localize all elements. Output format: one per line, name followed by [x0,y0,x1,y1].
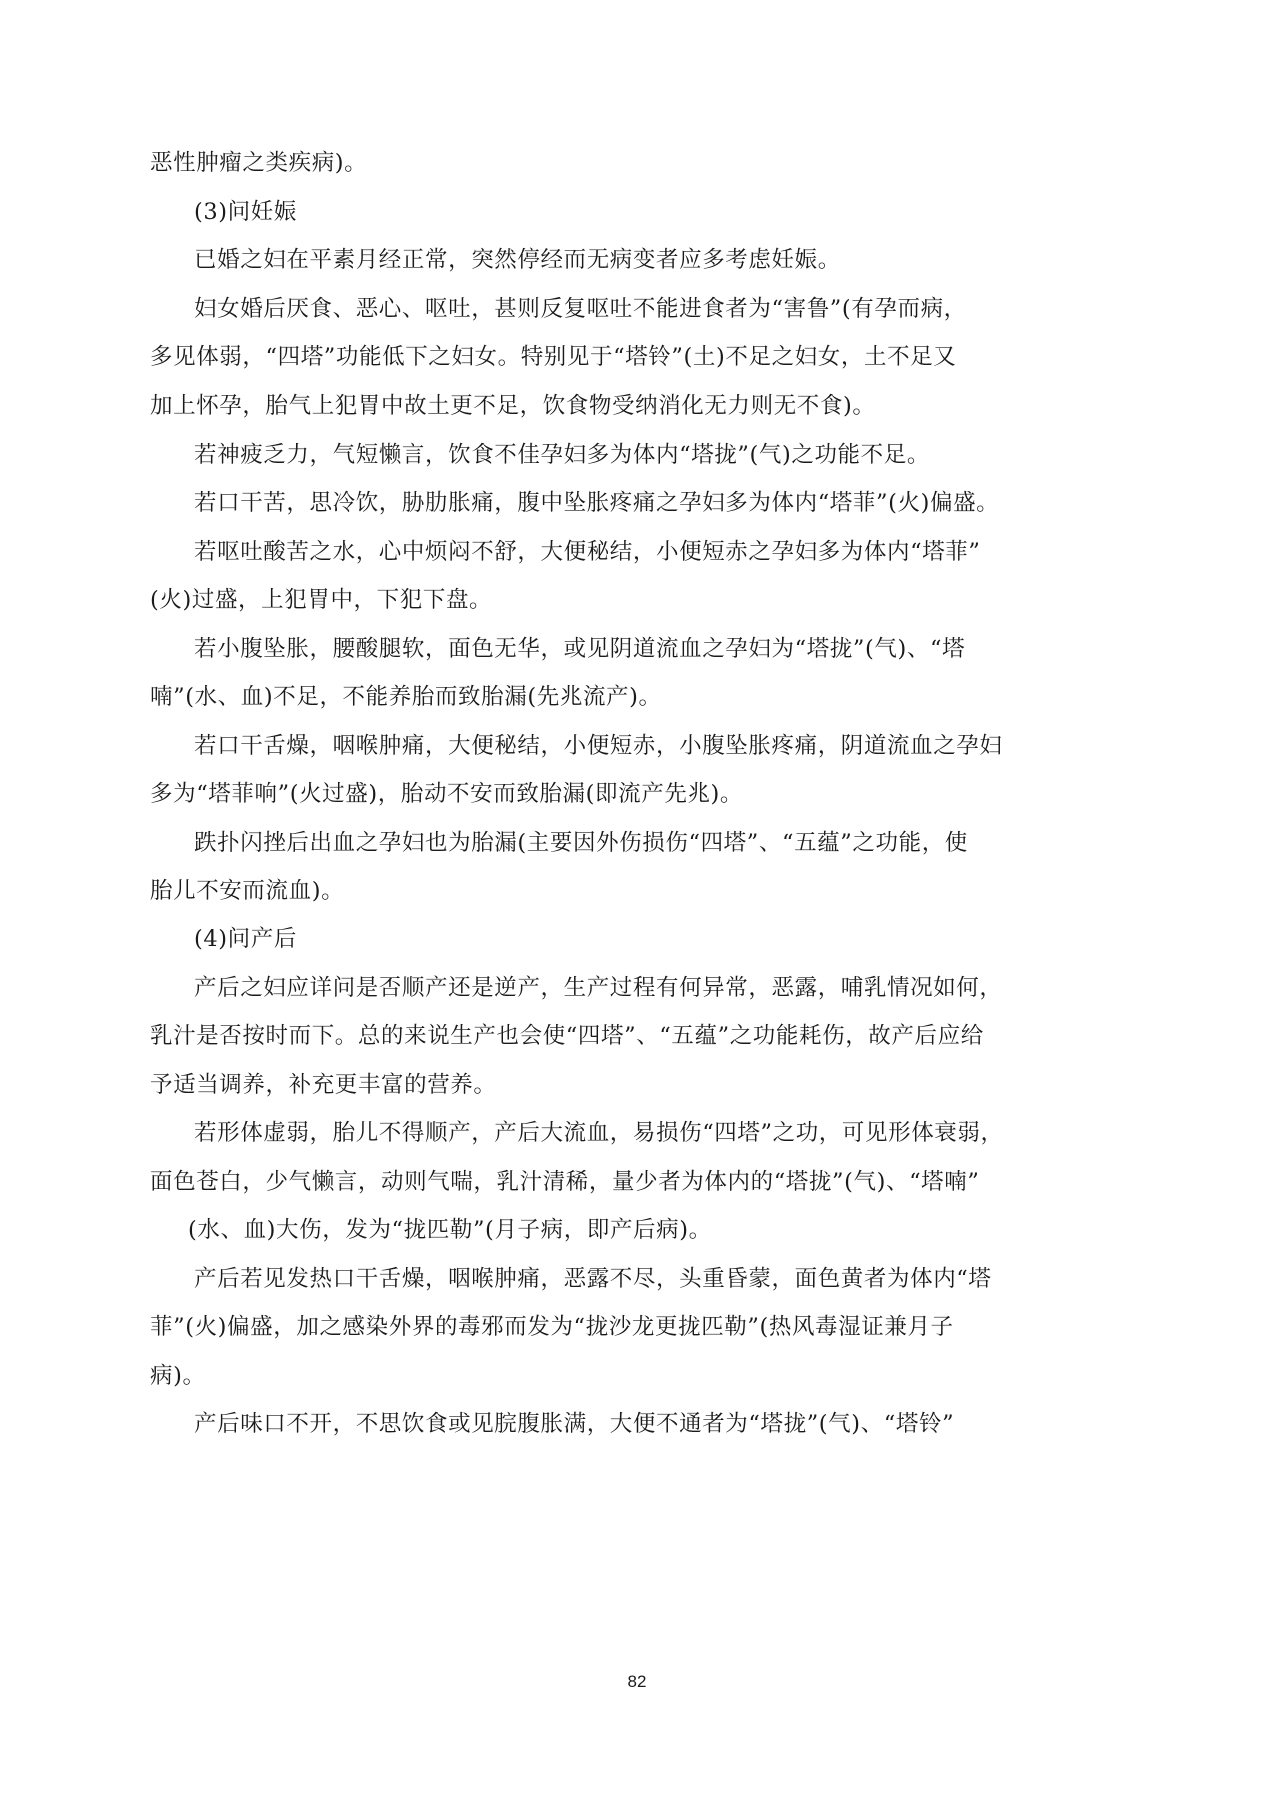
text-line: 若呕吐酸苦之水，心中烦闷不舒，大便秘结，小便短赤之孕妇多为体内“塔菲” [194,536,981,568]
text-line: 产后若见发热口干舌燥，咽喉肿痛，恶露不尽，头重昏蒙，面色黄者为体内“塔 [194,1263,992,1295]
text-line: (水、血)大伤，发为“拢匹勒”(月子病，即产后病)。 [188,1214,712,1246]
text-line: 若口干苦，思冷饮，胁肋胀痛，腹中坠胀疼痛之孕妇多为体内“塔菲”(火)偏盛。 [194,487,999,519]
text-line: 多见体弱，“四塔”功能低下之妇女。特别见于“塔铃”(土)不足之妇女，土不足又 [150,341,956,373]
section-heading-pregnancy: (3)问妊娠 [194,196,297,228]
text-line: 恶性肿瘤之类疾病)。 [150,147,367,179]
text-line: 若小腹坠胀，腰酸腿软，面色无华，或见阴道流血之孕妇为“塔拢”(气)、“塔 [194,633,965,665]
text-line: 乳汁是否按时而下。总的来说生产也会使“四塔”、“五蕴”之功能耗伤，故产后应给 [150,1020,984,1052]
text-line: (火)过盛，上犯胃中，下犯下盘。 [150,584,492,616]
text-line: 若形体虚弱，胎儿不得顺产，产后大流血，易损伤“四塔”之功，可见形体衰弱， [194,1117,1004,1149]
page-number: 82 [0,1672,1274,1692]
text-line: 菲”(火)偏盛，加之感染外界的毒邪而发为“拢沙龙更拢匹勒”(热风毒湿证兼月子 [150,1311,954,1343]
text-line: 胎儿不安而流血)。 [150,875,344,907]
text-line: 若神疲乏力，气短懒言，饮食不佳孕妇多为体内“塔拢”(气)之功能不足。 [194,439,930,471]
text-line: 多为“塔菲响”(火过盛)，胎动不安而致胎漏(即流产先兆)。 [150,778,743,810]
text-line: 跌扑闪挫后出血之孕妇也为胎漏(主要因外伤损伤“四塔”、“五蕴”之功能，使 [194,827,968,859]
section-heading-postpartum: (4)问产后 [194,923,297,955]
text-line: 产后味口不开，不思饮食或见脘腹胀满，大便不通者为“塔拢”(气)、“塔铃” [194,1408,954,1440]
document-page: 恶性肿瘤之类疾病)。 (3)问妊娠 已婚之妇在平素月经正常，突然停经而无病变者应… [0,0,1274,1801]
text-line: 妇女婚后厌食、恶心、呕吐，甚则反复呕吐不能进食者为“害鲁”(有孕而病， [194,293,967,325]
text-line: 喃”(水、血)不足，不能养胎而致胎漏(先兆流产)。 [150,681,662,713]
text-line: 加上怀孕，胎气上犯胃中故土更不足，饮食物受纳消化无力则无不食)。 [150,390,875,422]
text-line: 若口干舌燥，咽喉肿痛，大便秘结，小便短赤，小腹坠胀疼痛，阴道流血之孕妇 [194,730,1003,762]
text-line: 病)。 [150,1360,206,1392]
text-line: 面色苍白，少气懒言，动则气喘，乳汁清稀，量少者为体内的“塔拢”(气)、“塔喃” [150,1166,979,1198]
text-line: 已婚之妇在平素月经正常，突然停经而无病变者应多考虑妊娠。 [194,244,841,276]
text-line: 予适当调养，补充更丰富的营养。 [150,1069,497,1101]
text-line: 产后之妇应详问是否顺产还是逆产，生产过程有何异常，恶露，哺乳情况如何， [194,972,1003,1004]
